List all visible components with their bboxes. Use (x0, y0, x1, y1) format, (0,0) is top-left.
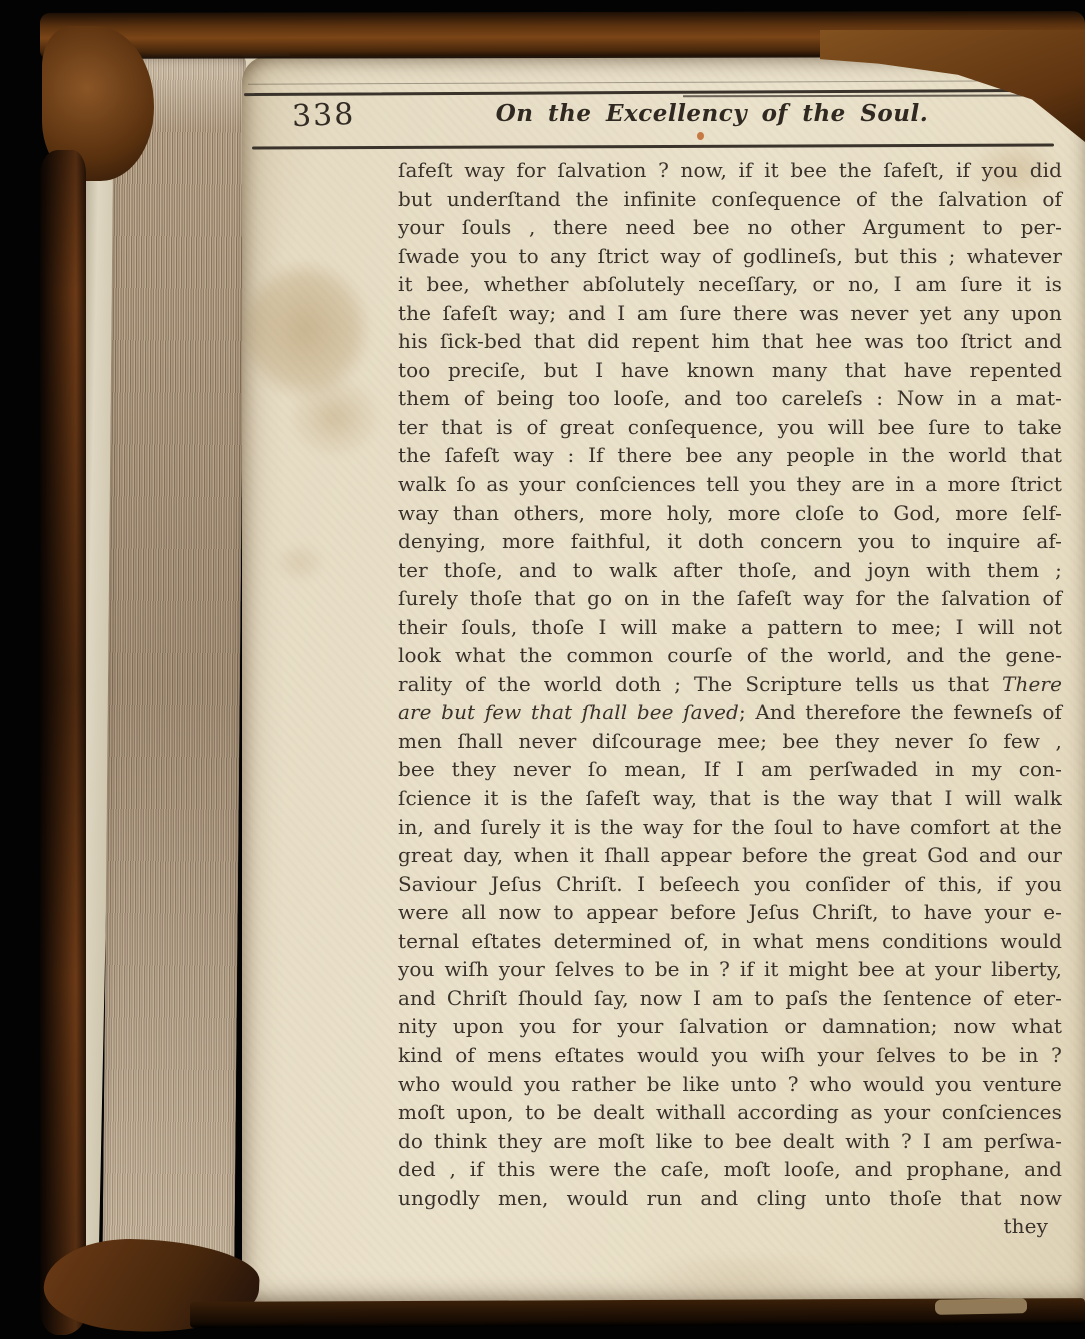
header-rule-bottom (252, 143, 1054, 149)
text-line: look what the common courſe of the world… (398, 641, 1062, 670)
text-line: ſafeſt way for ſalvation ? now, if it be… (398, 156, 1062, 185)
text-line: but underſtand the infinite conſequence … (398, 185, 1062, 214)
leather-cover-spine (40, 150, 86, 1335)
text-line: it bee, whether abſolutely neceſſary, or… (398, 270, 1062, 299)
text-line: moſt upon, to be dealt withall according… (398, 1098, 1062, 1127)
text-line: in, and ſurely it is the way for the ſou… (398, 813, 1062, 842)
text-line: your ſouls , there need bee no other Arg… (398, 213, 1062, 242)
text-line: and Chriſt ſhould ſay, now I am to paſs … (398, 984, 1062, 1013)
header-rule-faint (248, 80, 1042, 84)
text-line: them of being too looſe, and too careleſ… (398, 384, 1062, 413)
running-title: On the Excellency of the Soul. (472, 100, 952, 127)
page-stain (270, 360, 400, 475)
text-line: ded , if this were the caſe, moſt looſe,… (398, 1155, 1062, 1184)
text-line: ternal eſtates determined of, in what me… (398, 927, 1062, 956)
ink-fleck (697, 132, 704, 140)
text-line: the ſafeſt way; and I am ſure there was … (398, 299, 1062, 328)
text-lines: ſafeſt way for ſalvation ? now, if it be… (398, 156, 1062, 1212)
text-line: are but few that ſhall bee ſaved; And th… (398, 698, 1062, 727)
text-line: rality of the world doth ; The Scripture… (398, 670, 1062, 699)
text-line: nity upon you for your ſalvation or damn… (398, 1012, 1062, 1041)
text-line: walk ſo as your conſciences tell you the… (398, 470, 1062, 499)
page-stain (265, 535, 335, 590)
text-line: their ſouls, thoſe I will make a pattern… (398, 613, 1062, 642)
text-line: you wiſh your ſelves to be in ? if it mi… (398, 955, 1062, 984)
text-line: ter that is of great conſequence, you wi… (398, 413, 1062, 442)
text-line: too preciſe, but I have known many that … (398, 356, 1062, 385)
text-line: ſwade you to any ſtrict way of godlineſs… (398, 242, 1062, 271)
text-line: Saviour Jeſus Chriſt. I beſeech you conſ… (398, 870, 1062, 899)
header-rule-top (244, 89, 1046, 96)
text-line: were all now to appear before Jeſus Chri… (398, 898, 1062, 927)
text-line: his ſick-bed that did repent him that he… (398, 327, 1062, 356)
catchword: they (398, 1212, 1062, 1241)
text-line: the ſafeſt way : If there bee any people… (398, 441, 1062, 470)
body-text: ſafeſt way for ſalvation ? now, if it be… (398, 156, 1062, 1241)
book-page: 338 On the Excellency of the Soul. ſafeſ… (242, 56, 1085, 1304)
book-photograph: 338 On the Excellency of the Soul. ſafeſ… (0, 0, 1085, 1339)
text-line: ſurely thoſe that go on in the ſafeſt wa… (398, 584, 1062, 613)
text-line: denying, more faithful, it doth concern … (398, 527, 1062, 556)
page-edge-sliver (935, 1298, 1027, 1315)
page-number: 338 (291, 97, 355, 134)
text-line: ungodly men, would run and cling unto th… (398, 1184, 1062, 1213)
text-line: great day, when it ſhall appear before t… (398, 841, 1062, 870)
text-line: do think they are moſt like to bee dealt… (398, 1127, 1062, 1156)
text-line: way than others, more holy, more cloſe t… (398, 499, 1062, 528)
text-line: kind of mens eſtates would you wiſh your… (398, 1041, 1062, 1070)
text-line: men ſhall never diſcourage mee; bee they… (398, 727, 1062, 756)
text-line: ſcience it is the ſafeſt way, that is th… (398, 784, 1062, 813)
page-stain (600, 1245, 880, 1307)
text-line: ter thoſe, and to walk after thoſe, and … (398, 556, 1062, 585)
text-line: bee they never ſo mean, If I am perſwade… (398, 755, 1062, 784)
text-line: who would you rather be like unto ? who … (398, 1070, 1062, 1099)
fore-edge-pages (102, 53, 246, 1316)
